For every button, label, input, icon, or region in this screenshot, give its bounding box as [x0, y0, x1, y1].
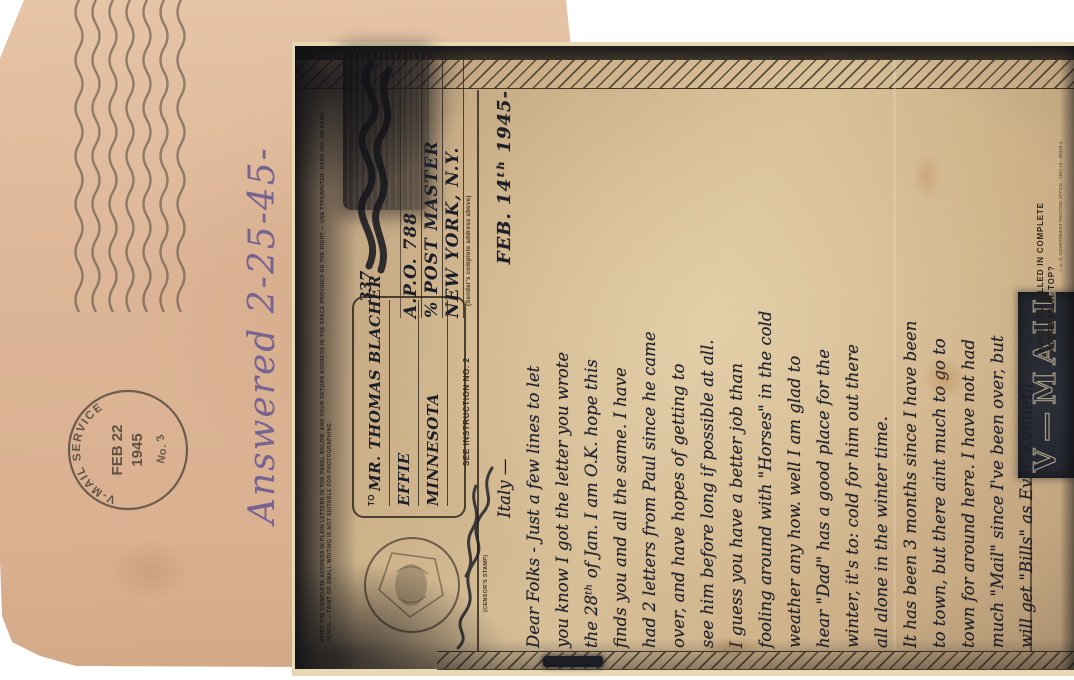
to-label: TO — [367, 494, 376, 506]
censor-signature — [418, 460, 500, 652]
sender-caption: (Sender's complete address above) — [466, 148, 478, 306]
scanned-vmail-letter-and-envelope: { "envelope": { "penalty_line1": "PENALT… — [0, 0, 1074, 680]
letter-line: had 2 letters from Paul since he came — [635, 86, 664, 648]
letter-line: weather any how. well I am glad to — [780, 86, 809, 648]
address-reminder: HAVE YOU FILLED IN COMPLETE ADDRESS AT T… — [1035, 156, 1059, 352]
reminder-line2: ADDRESS AT TOP? — [1046, 156, 1057, 352]
recipient-name: MR. THOMAS BLACHER — [366, 275, 384, 491]
reminder-line1: HAVE YOU FILLED IN COMPLETE — [1035, 156, 1046, 352]
sender-line2: % POST MASTER — [422, 56, 443, 318]
letter-line: Italy — FEB. 14ᵗʰ 1945- — [490, 86, 519, 648]
recipient-line1: TOMR. THOMAS BLACHER — [358, 300, 390, 506]
postmark-stamp: V-MAIL SERVICE FEB 22 1945 No. 3 — [62, 386, 194, 514]
recipient-line2: EFFIE — [390, 300, 419, 506]
postmark-year: 1945 — [129, 433, 146, 466]
letter-line: fooling around with "Horses" in the cold — [751, 86, 780, 648]
letter-line: Dear Folks - Just a few lines to let — [519, 86, 548, 648]
answered-annotation: Answered 2-25-45- — [238, 68, 290, 524]
see-instruction-note: SEE INSTRUCTION NO. 2 — [462, 338, 477, 466]
letter-date: FEB. 14ᵗʰ 1945- — [490, 90, 519, 264]
letter-line: over, and have hopes of getting to — [664, 86, 693, 648]
letter-line: see him before long if possible at all. — [693, 86, 722, 648]
letter-line: I guess you have a better job than — [722, 86, 751, 648]
ink-smudge — [543, 656, 603, 667]
postmark-date: FEB 22 — [109, 425, 126, 476]
letter-line: finds you and all the same. I have — [606, 86, 635, 648]
letter-line: much "Mail" since I've been over, but — [983, 86, 1012, 648]
paper-stain — [700, 636, 764, 660]
letter-line: winter, it's to: cold for him out there — [838, 86, 867, 648]
postmark-station: No. 3 — [154, 432, 169, 465]
paper-stain — [912, 150, 942, 202]
svg-text:No. 3: No. 3 — [154, 432, 169, 465]
sender-address-block: A.P.O. 788 % POST MASTER NEW YORK, N.Y. — [400, 56, 464, 318]
cancellation-wavy-lines — [72, 0, 192, 312]
letter-line: hear "Dad" has a good place for the — [809, 86, 838, 648]
paper-crease — [893, 60, 896, 650]
government-print-note: ☆ U. S. GOVERNMENT PRINTING OFFICE : 194… — [1058, 110, 1067, 272]
letter-line: the 28ᵗʰ of Jan. I am O.K. hope this — [577, 86, 606, 648]
letter-place: Italy — — [490, 459, 519, 518]
sender-line1: A.P.O. 788 — [400, 56, 422, 318]
letter-line: all alone in the winter time. — [867, 86, 896, 648]
letter-line: you know I got the letter you wrote — [548, 86, 577, 648]
sender-line3: NEW YORK, N.Y. — [443, 56, 464, 318]
paper-stain — [922, 356, 966, 400]
